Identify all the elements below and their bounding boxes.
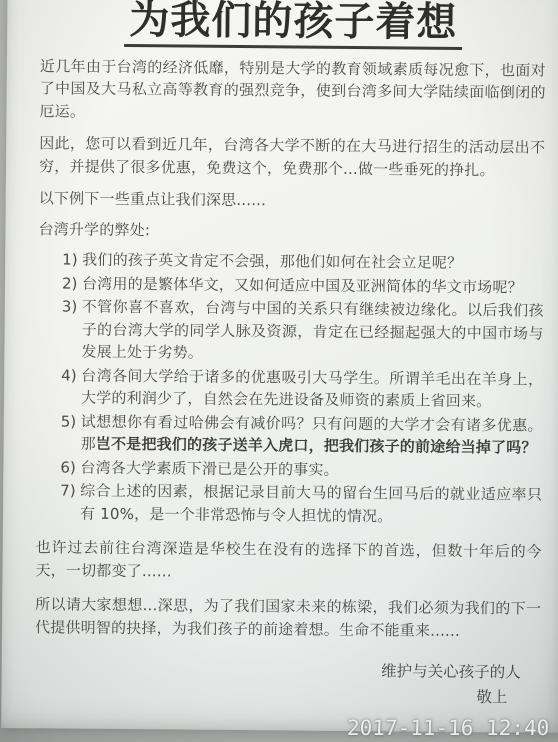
intro-paragraph-1: 近几年由于台湾的经济低靡，特别是大学的教育领域素质每况愈下，也面对了中国及大马私… xyxy=(39,55,546,127)
list-item: 7) 综合上述的因素，根据记录目前大马的留台生回马后的就业适应率只有 10%，是… xyxy=(60,480,542,529)
list-item-text: 台湾用的是繁体华文，又如何适应中国及亚洲简体的华文市场呢？ xyxy=(82,272,544,299)
list-item-text: 试想想你有看过哈佛会有减价吗？只有问题的大学才会有诸多优惠。那岂不是把我们的孩子… xyxy=(81,410,543,459)
signature-block: 维护与关心孩子的人 敬上 xyxy=(34,657,540,711)
list-item-text: 台湾各大学素质下滑已是公开的事实。 xyxy=(80,456,542,483)
list-item: 3) 不管你喜不喜欢，台湾与中国的关系只有继续被边缘化。以后我们孩子的台湾大学的… xyxy=(61,296,544,368)
list-item-text: 台湾各间大学给于诸多的优惠吸引大马学生。所谓羊毛出在羊身上，大学的利润少了，自然… xyxy=(81,364,543,413)
photo-frame: 为我们的孩子着想 近几年由于台湾的经济低靡，特别是大学的教育领域素质每况愈下，也… xyxy=(0,0,558,742)
list-item: 4) 台湾各间大学给于诸多的优惠吸引大马学生。所谓羊毛出在羊身上，大学的利润少了… xyxy=(61,364,543,413)
document-content: 为我们的孩子着想 近几年由于台湾的经济低靡，特别是大学的教育领域素质每况愈下，也… xyxy=(1,0,558,711)
list-item-text: 综合上述的因素，根据记录目前大马的留台生回马后的就业适应率只有 10%，是一个非… xyxy=(80,480,542,529)
list-item-number: 1) xyxy=(62,249,82,272)
closing-paragraph-2: 所以请大家想想...深思，为了我们国家未来的栋梁，我们必须为我们的下一代提供明智… xyxy=(35,594,541,643)
closing-paragraph-1: 也许过去前往台湾深造是华校生在没有的选择下的首选，但数十年后的今天，一切都变了.… xyxy=(35,537,541,586)
list-item-number: 3) xyxy=(61,296,82,364)
list-item: 2) 台湾用的是繁体华文，又如何适应中国及亚洲简体的华文市场呢？ xyxy=(62,272,544,299)
document-title: 为我们的孩子着想 xyxy=(40,0,546,46)
paper-document: 为我们的孩子着想 近几年由于台湾的经济低靡，特别是大学的教育领域素质每况愈下，也… xyxy=(1,0,558,733)
list-item-number: 5) xyxy=(61,410,81,455)
list-item-number: 4) xyxy=(61,364,81,409)
numbered-list: 1) 我们的孩子英文肯定不会强，那他们如何在社会立足呢？ 2) 台湾用的是繁体华… xyxy=(60,249,544,529)
list-item: 1) 我们的孩子英文肯定不会强，那他们如何在社会立足呢？ xyxy=(62,249,544,276)
list-item: 5) 试想想你有看过哈佛会有减价吗？只有问题的大学才会有诸多优惠。那岂不是把我们… xyxy=(61,410,543,459)
signature-salutation: 敬上 xyxy=(34,682,520,711)
camera-timestamp: 2017-11-16 12:40 xyxy=(346,716,549,740)
list-item-number: 6) xyxy=(60,456,80,479)
list-item: 6) 台湾各大学素质下滑已是公开的事实。 xyxy=(60,456,542,483)
document-title-text: 为我们的孩子着想 xyxy=(124,0,462,50)
list-item-text: 不管你喜不喜欢，台湾与中国的关系只有继续被边缘化。以后我们孩子的台湾大学的同学人… xyxy=(81,296,544,368)
list-item-text: 我们的孩子英文肯定不会强，那他们如何在社会立足呢？ xyxy=(82,249,544,276)
list-item-number: 7) xyxy=(60,480,80,525)
list-item-text-bold: 岂不是把我们的孩子送羊入虎口，把我们孩子的前途给当掉了吗？ xyxy=(96,435,537,457)
list-intro: 以下例下一些重点让我们深思...... xyxy=(39,188,545,215)
intro-paragraph-2: 因此，您可以看到近几年，台湾各大学不断的在大马进行招生的活动层出不穷，并提供了很… xyxy=(39,133,545,182)
list-item-number: 2) xyxy=(62,272,82,295)
list-heading: 台湾升学的弊处: xyxy=(38,218,544,245)
